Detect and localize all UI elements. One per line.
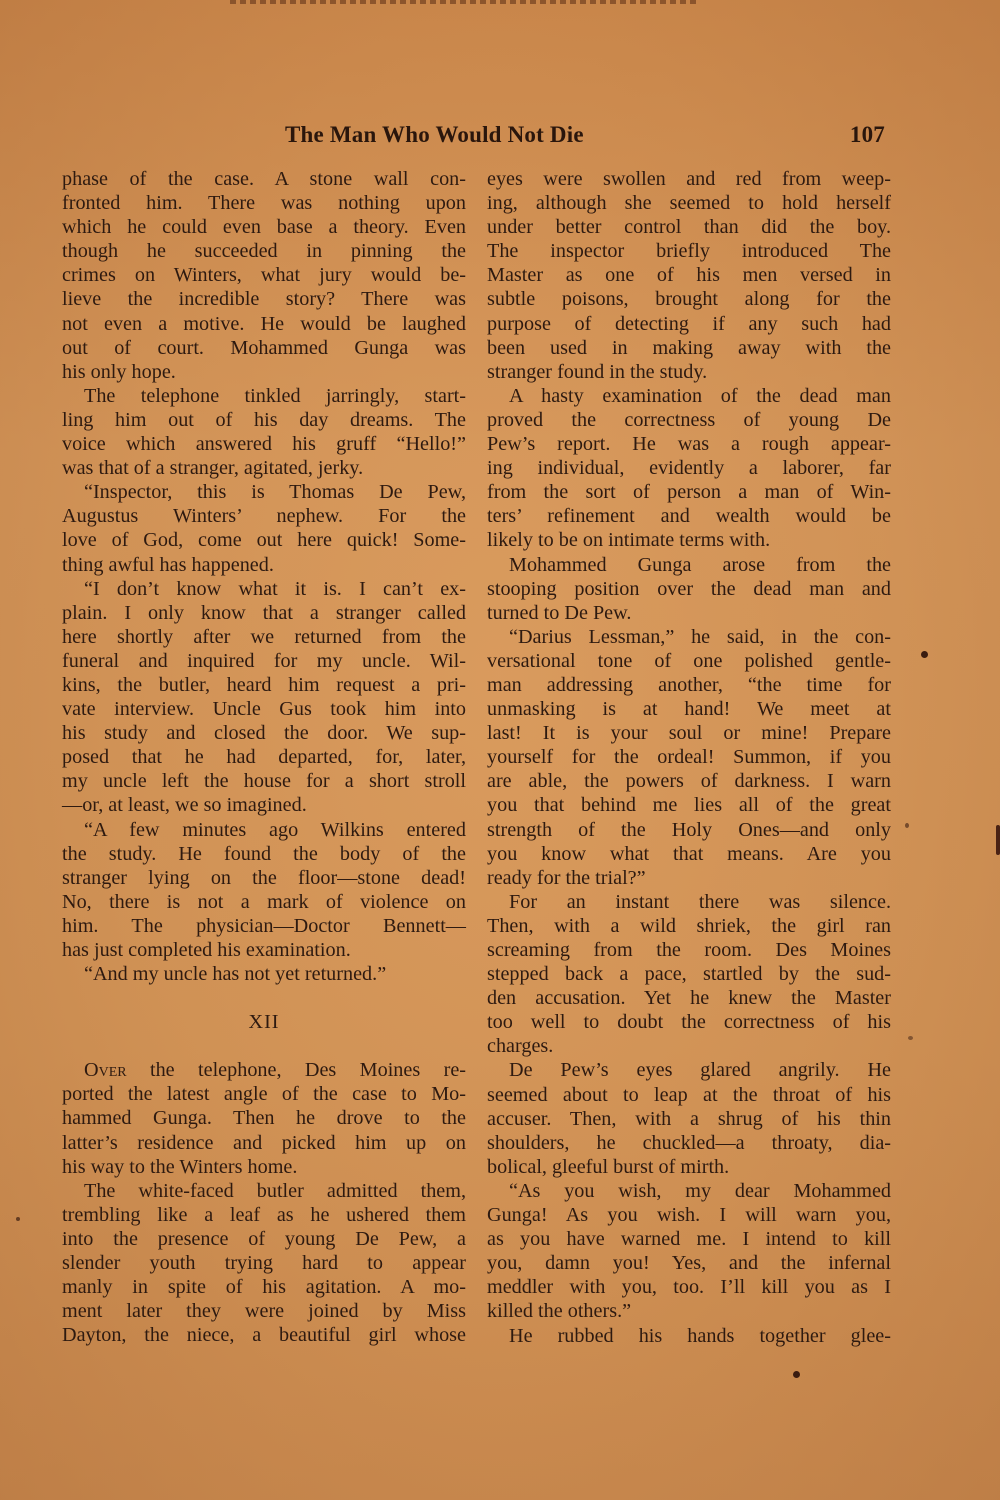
text-line: “As you wish, my dear Mohammed xyxy=(487,1179,891,1203)
text-line: plain. I only know that a stranger calle… xyxy=(62,601,466,625)
text-line: posed that he had departed, for, later, xyxy=(62,745,466,769)
text-line: which he could even base a theory. Even xyxy=(62,215,466,239)
paper-speck xyxy=(921,651,928,658)
text-line: under better control than did the boy. xyxy=(487,215,891,239)
text-line: too well to doubt the correctness of his xyxy=(487,1010,891,1034)
text-line: phase of the case. A stone wall con- xyxy=(62,167,466,191)
text-line: stranger found in the study. xyxy=(487,360,891,384)
text-line: The white-faced butler admitted them, xyxy=(62,1179,466,1203)
text-line: meddler with you, too. I’ll kill you as … xyxy=(487,1275,891,1299)
text-line: Master as one of his men versed in xyxy=(487,263,891,287)
text-line: yourself for the ordeal! Summon, if you xyxy=(487,745,891,769)
text-line: Augustus Winters’ nephew. For the xyxy=(62,504,466,528)
text-line: bolical, gleeful burst of mirth. xyxy=(487,1155,891,1179)
text-line: ready for the trial?” xyxy=(487,866,891,890)
text-line: unmasking is at hand! We meet at xyxy=(487,697,891,721)
text-line: fronted him. There was nothing upon xyxy=(62,191,466,215)
text-line: “I don’t know what it is. I can’t ex- xyxy=(62,577,466,601)
text-line: turned to De Pew. xyxy=(487,601,891,625)
book-title: The Man Who Would Not Die xyxy=(285,122,584,148)
text-line: you know what that means. Are you xyxy=(487,842,891,866)
text-line: Pew’s report. He was a rough appear- xyxy=(487,432,891,456)
chapter-heading: XII xyxy=(62,1010,466,1034)
text-line: love of God, come out here quick! Some- xyxy=(62,528,466,552)
right-column-text: eyes were swollen and red from weep-ing,… xyxy=(487,167,891,1348)
text-line: crimes on Winters, what jury would be- xyxy=(62,263,466,287)
text-line: ing individual, evidently a laborer, far xyxy=(487,456,891,480)
text-line: though he succeeded in pinning the xyxy=(62,239,466,263)
text-line: been used in making away with the xyxy=(487,336,891,360)
text-line: not even a motive. He would be laughed xyxy=(62,312,466,336)
text-line: kins, the butler, heard him request a pr… xyxy=(62,673,466,697)
text-line: He rubbed his hands together glee- xyxy=(487,1324,891,1348)
chapter-opening-text: Over the telephone, Des Moines re-ported… xyxy=(62,1058,466,1347)
text-line: his study and closed the door. We sup- xyxy=(62,721,466,745)
text-line: hammed Gunga. Then he drove to the xyxy=(62,1106,466,1130)
text-line: ling him out of his day dreams. The xyxy=(62,408,466,432)
text-line: latter’s residence and picked him up on xyxy=(62,1131,466,1155)
text-line: slender youth trying hard to appear xyxy=(62,1251,466,1275)
right-column: eyes were swollen and red from weep-ing,… xyxy=(487,167,891,1348)
text-line: Gunga! As you wish. I will warn you, xyxy=(487,1203,891,1227)
text-line: Dayton, the niece, a beautiful girl whos… xyxy=(62,1323,466,1347)
line-text: the telephone, Des Moines re- xyxy=(127,1059,466,1081)
text-line: The inspector briefly introduced The xyxy=(487,239,891,263)
text-line: killed the others.” xyxy=(487,1299,891,1323)
text-line: likely to be on intimate terms with. xyxy=(487,528,891,552)
text-line: manly in spite of his agitation. A mo- xyxy=(62,1275,466,1299)
text-line: charges. xyxy=(487,1034,891,1058)
text-line: seemed about to leap at the throat of hi… xyxy=(487,1083,891,1107)
text-line: him. The physician—Doctor Bennett— xyxy=(62,914,466,938)
text-line: “A few minutes ago Wilkins entered xyxy=(62,818,466,842)
book-page: The Man Who Would Not Die 107 phase of t… xyxy=(0,0,1000,1500)
text-line: thing awful has happened. xyxy=(62,553,466,577)
text-line: No, there is not a mark of violence on xyxy=(62,890,466,914)
text-line: Then, with a wild shriek, the girl ran xyxy=(487,914,891,938)
text-line: you that behind me lies all of the great xyxy=(487,793,891,817)
text-line: out of court. Mohammed Gunga was xyxy=(62,336,466,360)
text-line: into the presence of young De Pew, a xyxy=(62,1227,466,1251)
text-line: here shortly after we returned from the xyxy=(62,625,466,649)
text-line: voice which answered his gruff “Hello!” xyxy=(62,432,466,456)
text-line: ters’ refinement and wealth would be xyxy=(487,504,891,528)
text-line: has just completed his examination. xyxy=(62,938,466,962)
text-line: Over the telephone, Des Moines re- xyxy=(62,1058,466,1082)
paper-speck xyxy=(905,823,909,828)
text-line: funeral and inquired for my uncle. Wil- xyxy=(62,649,466,673)
page-top-edge xyxy=(230,0,700,4)
text-line: my uncle left the house for a short stro… xyxy=(62,769,466,793)
text-line: as you have warned me. I intend to kill xyxy=(487,1227,891,1251)
page-number: 107 xyxy=(850,122,885,148)
paper-speck xyxy=(793,1371,800,1378)
text-line: are able, the powers of darkness. I warn xyxy=(487,769,891,793)
paper-speck xyxy=(16,1217,20,1221)
text-line: eyes were swollen and red from weep- xyxy=(487,167,891,191)
text-line: subtle poisons, brought along for the xyxy=(487,287,891,311)
text-line: The telephone tinkled jarringly, start- xyxy=(62,384,466,408)
text-line: man addressing another, “the time for xyxy=(487,673,891,697)
chapter-first-word: Over xyxy=(84,1059,127,1081)
text-line: stranger lying on the floor—stone dead! xyxy=(62,866,466,890)
left-column-text: phase of the case. A stone wall con-fron… xyxy=(62,167,466,986)
text-line: last! It is your soul or mine! Prepare xyxy=(487,721,891,745)
text-line: his only hope. xyxy=(62,360,466,384)
text-line: “Darius Lessman,” he said, in the con- xyxy=(487,625,891,649)
text-line: —or, at least, we so imagined. xyxy=(62,793,466,817)
text-line: shoulders, he chuckled—a throaty, dia- xyxy=(487,1131,891,1155)
text-line: from the sort of person a man of Win- xyxy=(487,480,891,504)
text-line: versational tone of one polished gentle- xyxy=(487,649,891,673)
text-line: stooping position over the dead man and xyxy=(487,577,891,601)
text-line: purpose of detecting if any such had xyxy=(487,312,891,336)
page-edge-mark xyxy=(996,825,1000,855)
paper-speck xyxy=(908,1036,913,1040)
text-line: “Inspector, this is Thomas De Pew, xyxy=(62,480,466,504)
text-line: ment later they were joined by Miss xyxy=(62,1299,466,1323)
text-line: ported the latest angle of the case to M… xyxy=(62,1082,466,1106)
text-line: den accusation. Yet he knew the Master xyxy=(487,986,891,1010)
text-line: ing, although she seemed to hold herself xyxy=(487,191,891,215)
text-line: strength of the Holy Ones—and only xyxy=(487,818,891,842)
text-line: De Pew’s eyes glared angrily. He xyxy=(487,1058,891,1082)
text-line: A hasty examination of the dead man xyxy=(487,384,891,408)
text-line: For an instant there was silence. xyxy=(487,890,891,914)
left-column: phase of the case. A stone wall con-fron… xyxy=(62,167,466,1347)
text-line: stepped back a pace, startled by the sud… xyxy=(487,962,891,986)
text-line: was that of a stranger, agitated, jerky. xyxy=(62,456,466,480)
text-line: the study. He found the body of the xyxy=(62,842,466,866)
text-line: his way to the Winters home. xyxy=(62,1155,466,1179)
text-line: you, damn you! Yes, and the infernal xyxy=(487,1251,891,1275)
text-line: lieve the incredible story? There was xyxy=(62,287,466,311)
text-line: screaming from the room. Des Moines xyxy=(487,938,891,962)
text-line: trembling like a leaf as he ushered them xyxy=(62,1203,466,1227)
text-line: proved the correctness of young De xyxy=(487,408,891,432)
text-line: accuser. Then, with a shrug of his thin xyxy=(487,1107,891,1131)
text-line: “And my uncle has not yet returned.” xyxy=(62,962,466,986)
text-line: vate interview. Uncle Gus took him into xyxy=(62,697,466,721)
running-header: The Man Who Would Not Die 107 xyxy=(285,122,885,152)
text-line: Mohammed Gunga arose from the xyxy=(487,553,891,577)
